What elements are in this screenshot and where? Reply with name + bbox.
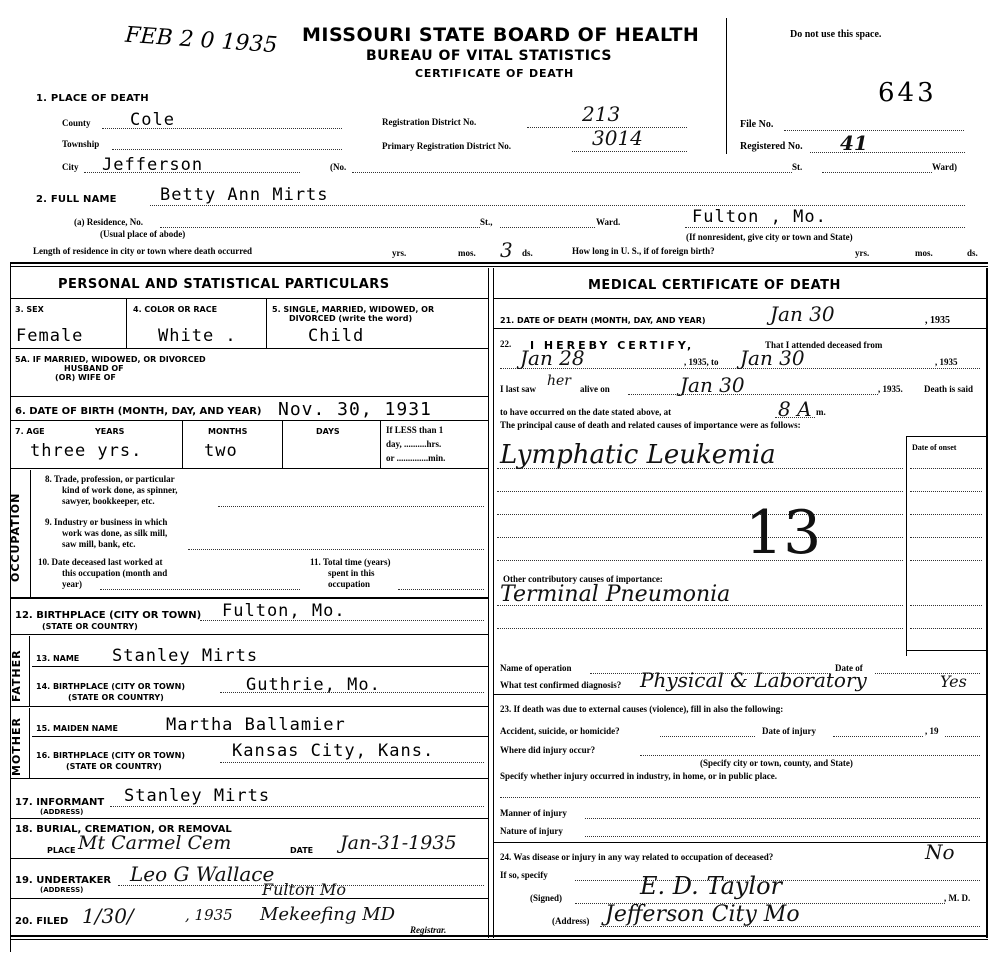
registered-no-field[interactable]: Registered No. 41 [740, 141, 965, 152]
form-subtitle: BUREAU OF VITAL STATISTICS [366, 48, 612, 64]
registrar-label: Registrar. [410, 925, 446, 935]
row-line [10, 298, 488, 299]
st-label: St. [792, 162, 802, 172]
manner-field[interactable] [585, 818, 980, 819]
age-days-field[interactable] [290, 440, 374, 464]
father-bracket [29, 636, 30, 706]
undertaker-value: Leo G Wallace [130, 862, 274, 886]
informant-label: 17. INFORMANT [15, 797, 104, 808]
birthplace-sub-label: (STATE OR COUNTRY) [42, 622, 138, 631]
residence-yrs-label: yrs. [392, 248, 406, 258]
nature-field[interactable] [585, 836, 980, 837]
minutes-field[interactable]: or ..............min. [386, 453, 445, 463]
length-of-residence-label: Length of residence in city or town wher… [33, 246, 252, 256]
specify-place-label: Specify whether injury occurred in indus… [500, 771, 777, 781]
right-border [986, 268, 988, 938]
residence-ward-field[interactable] [500, 227, 595, 228]
mother-name-value[interactable]: Martha Ballamier [166, 715, 346, 735]
occ8-label-3: sawyer, bookkeeper, etc. [62, 496, 155, 506]
father-vertical-label: FATHER [10, 649, 23, 702]
section-divider-top [10, 262, 988, 264]
death-year-value: , 1935 [925, 315, 950, 326]
principal-cause-value: Lymphatic Leukemia [500, 440, 776, 470]
cell-divider [380, 420, 381, 468]
county-value: Cole [130, 110, 175, 130]
full-name-field[interactable] [150, 205, 965, 206]
last-saw-date-field[interactable] [628, 394, 878, 395]
occupation-vertical-label: OCCUPATION [9, 493, 22, 582]
onset-line[interactable] [910, 560, 982, 561]
onset-line[interactable] [910, 628, 982, 629]
file-no-field[interactable]: File No. [740, 119, 965, 130]
cause-line-4[interactable] [497, 537, 903, 538]
informant-value: Stanley Mirts [124, 786, 270, 806]
burial-date-label: DATE [290, 846, 313, 855]
reg-district-label: Registration District No. [382, 117, 476, 127]
occ11-label-3: occupation [328, 579, 370, 589]
last-saw-label: I last saw [500, 384, 536, 394]
ward-field[interactable] [822, 172, 932, 173]
last-saw-year: , 1935. [878, 384, 903, 394]
onset-line[interactable] [910, 514, 982, 515]
occ8-label-2: kind of work done, as spinner, [62, 485, 177, 495]
filed-date-value[interactable]: 1/30/ [82, 904, 134, 928]
specify-place-field[interactable] [500, 797, 980, 798]
injury-year-field[interactable] [945, 736, 980, 737]
undertaker-address: Fulton Mo [262, 880, 346, 899]
row-line [10, 818, 488, 819]
full-name-label: 2. FULL NAME [36, 194, 117, 205]
township-field[interactable]: Township [62, 135, 342, 153]
death-date-value[interactable]: Jan 30 [770, 302, 835, 326]
years-label: YEARS [95, 427, 124, 436]
onset-label: Date of onset [912, 443, 956, 452]
death-date-label: 21. DATE OF DEATH (MONTH, DAY, AND YEAR) [500, 316, 706, 325]
injury-date-field[interactable] [833, 736, 923, 737]
foreign-birth-label: How long in U. S., if of foreign birth? [572, 246, 715, 256]
mother-birthplace-sub: (STATE OR COUNTRY) [66, 762, 162, 771]
occ9-label-3: saw mill, bank, etc. [62, 539, 136, 549]
contributory-line-2[interactable] [497, 628, 903, 629]
nature-label: Nature of injury [500, 826, 563, 836]
total-time-field[interactable] [398, 589, 484, 590]
undertaker-label: 19. UNDERTAKER [15, 875, 111, 886]
dob-label: 6. DATE OF BIRTH (MONTH, DAY, AND YEAR) [15, 406, 262, 417]
onset-line[interactable] [910, 605, 982, 606]
industry-field[interactable] [188, 549, 484, 550]
occ8-label: 8. Trade, profession, or particular [45, 474, 175, 484]
principal-cause-label: The principal cause of death and related… [500, 420, 801, 430]
address-label: (Address) [552, 916, 589, 926]
attended-to-value: Jan 30 [740, 346, 805, 370]
birthplace-label: 12. BIRTHPLACE (CITY OR TOWN) [15, 610, 201, 621]
time-of-death-label: to have occurred on the date stated abov… [500, 407, 671, 417]
test-label: What test confirmed diagnosis? [500, 680, 621, 690]
spouse-label-3: (OR) WIFE OF [55, 373, 116, 382]
cause-line-5[interactable] [497, 560, 903, 561]
row-line [32, 666, 488, 667]
bottom-border-2 [10, 939, 988, 940]
mother-birthplace-label: 16. BIRTHPLACE (CITY OR TOWN) [36, 751, 185, 760]
row-line [10, 597, 488, 599]
cell-divider [182, 420, 183, 468]
where-label: Where did injury occur? [500, 745, 595, 755]
test-extra-value: Yes [940, 672, 967, 691]
attended-from-value: Jan 28 [520, 346, 585, 370]
row-line [10, 396, 488, 397]
column-divider-b [493, 268, 494, 938]
cause-code-mark: 13 [745, 498, 821, 568]
office-use-note: Do not use this space. [790, 29, 881, 40]
city-label: City [62, 162, 79, 172]
row-line [493, 328, 986, 329]
county-label: County [62, 118, 91, 128]
mother-bracket [29, 708, 30, 778]
injury-date-label: Date of injury [762, 726, 816, 736]
township-label: Township [62, 139, 99, 149]
cause-line-2[interactable] [497, 491, 903, 492]
us-mos-label: mos. [915, 248, 933, 258]
bottom-border [10, 935, 988, 937]
row-line [10, 706, 488, 707]
ward-label: Ward) [932, 162, 957, 172]
certify-num: 22. [500, 339, 511, 349]
filed-label: 20. FILED [15, 916, 68, 927]
row-line [10, 420, 488, 421]
occ9-label-2: work was done, as silk mill, [62, 528, 167, 538]
attended-from-year: , 1935, to [684, 357, 719, 367]
residence-sub-label: (Usual place of abode) [100, 229, 185, 239]
age-months-value[interactable]: two [204, 441, 238, 461]
row-line [10, 858, 488, 859]
occ9-label: 9. Industry or business in which [45, 517, 167, 527]
onset-column-divider [906, 436, 907, 656]
occupation-bracket [30, 470, 31, 598]
cell-divider [126, 298, 127, 348]
occ10-label-3: year) [62, 579, 82, 589]
place-of-death-label: 1. PLACE OF DEATH [36, 93, 149, 104]
dob-value[interactable]: Nov. 30, 1931 [278, 399, 432, 420]
trade-field[interactable] [218, 506, 484, 507]
months-label: MONTHS [208, 427, 247, 436]
residence-ward-label: Ward. [596, 217, 620, 227]
city-value: Jefferson [102, 155, 203, 175]
row-line [10, 468, 488, 469]
informant-sub-label: (ADDRESS) [40, 808, 83, 816]
row-line [493, 842, 986, 843]
form-title: MISSOURI STATE BOARD OF HEALTH [302, 24, 699, 46]
test-value[interactable]: Physical & Laboratory [640, 668, 867, 692]
where-field[interactable] [640, 755, 980, 756]
us-ds-label: ds. [967, 248, 978, 258]
residence-st-label: St., [480, 217, 493, 227]
street-no-label: (No. [330, 162, 346, 172]
reg-district-value: 213 [582, 102, 620, 126]
onset-bottom-line [906, 650, 986, 651]
signed-label: (Signed) [530, 893, 562, 903]
left-border [10, 262, 11, 952]
mother-vertical-label: MOTHER [10, 717, 23, 776]
registered-no-label: Registered No. [740, 141, 803, 152]
father-birthplace-sub: (STATE OR COUNTRY) [68, 693, 164, 702]
primary-reg-district-value: 3014 [592, 126, 643, 150]
spouse-label-2: HUSBAND OF [64, 364, 124, 373]
physician-address-value: Jefferson City Mo [605, 902, 800, 927]
manner-label: Manner of injury [500, 808, 567, 818]
cell-divider [266, 298, 267, 348]
marital-value[interactable]: Child [308, 326, 364, 346]
undertaker-sub-label: (ADDRESS) [40, 886, 83, 894]
cell-divider [282, 420, 283, 468]
occupation-related-value[interactable]: No [925, 840, 955, 864]
registered-no-value: 41 [840, 131, 868, 155]
onset-line[interactable] [910, 491, 982, 492]
row-line [493, 298, 986, 299]
mother-birthplace-field[interactable] [220, 762, 484, 763]
age-label: 7. AGE [15, 427, 45, 436]
residence-city-value: Fulton , Mo. [692, 207, 827, 227]
marital-label-2: DIVORCED (write the word) [289, 314, 412, 323]
physician-signature: E. D. Taylor [640, 872, 782, 900]
onset-line[interactable] [910, 537, 982, 538]
residence-label: (a) Residence, No. [74, 217, 143, 227]
injury-year-label: , 19 [925, 726, 939, 736]
less-than-day-label: If LESS than 1 [386, 425, 443, 435]
contributory-cause-value: Terminal Pneumonia [500, 582, 730, 607]
attended-to-year: , 1935 [935, 357, 958, 367]
age-years-value[interactable]: three yrs. [30, 441, 142, 461]
occ10-label: 10. Date deceased last worked at [38, 557, 162, 567]
mother-birthplace-value: Kansas City, Kans. [232, 741, 434, 761]
filed-year-value: , 1935 [185, 906, 233, 924]
if-so-label: If so, specify [500, 870, 548, 880]
us-yrs-label: yrs. [855, 248, 869, 258]
race-value[interactable]: White . [158, 326, 237, 346]
city-field[interactable]: City Jefferson [62, 155, 302, 177]
occ11-label-2: spent in this [328, 568, 375, 578]
burial-place-value[interactable]: Mt Carmel Cem [78, 832, 231, 854]
accident-label: Accident, suicide, or homicide? [500, 726, 620, 736]
row-line [32, 736, 488, 737]
file-number-stamp: 643 [878, 78, 937, 108]
medical-section-title: MEDICAL CERTIFICATE OF DEATH [588, 278, 841, 293]
birthplace-value: Fulton, Mo. [222, 601, 346, 621]
md-label: , M. D. [944, 893, 970, 903]
row-line [10, 898, 488, 899]
column-divider-a [488, 268, 489, 938]
father-name-value[interactable]: Stanley Mirts [112, 646, 258, 666]
occ10-label-2: this occupation (month and [62, 568, 167, 578]
county-field[interactable]: County Cole [62, 112, 342, 132]
nonresident-note: (If nonresident, give city or town and S… [686, 232, 853, 242]
death-said-label: Death is said [924, 384, 973, 394]
full-name-value: Betty Ann Mirts [160, 185, 329, 205]
spouse-field[interactable] [140, 360, 480, 390]
burial-place-label: PLACE [47, 846, 76, 855]
onset-header-line [906, 436, 986, 437]
primary-reg-district-label: Primary Registration District No. [382, 141, 511, 151]
burial-date-value[interactable]: Jan-31-1935 [340, 832, 457, 854]
last-saw-date-value: Jan 30 [680, 373, 745, 397]
operation-label: Name of operation [500, 663, 572, 673]
father-birthplace-value: Guthrie, Mo. [246, 675, 381, 695]
primary-reg-district-field[interactable]: Primary Registration District No. 3014 [382, 132, 687, 154]
row-line [10, 348, 488, 349]
residence-field[interactable] [160, 227, 480, 228]
residence-mos-label: mos. [458, 248, 476, 258]
personal-section-title: PERSONAL AND STATISTICAL PARTICULARS [58, 277, 390, 292]
where-sub-label: (Specify city or town, county, and State… [700, 758, 853, 768]
last-saw-pronoun[interactable]: her [547, 373, 571, 389]
onset-line[interactable] [910, 468, 982, 469]
father-birthplace-label: 14. BIRTHPLACE (CITY OR TOWN) [36, 682, 185, 691]
row-line [10, 634, 488, 635]
time-of-death-value: 8 A [778, 397, 812, 421]
accident-field[interactable] [660, 736, 755, 737]
days-label: DAYS [316, 427, 340, 436]
file-no-label: File No. [740, 119, 773, 130]
form-name: CERTIFICATE OF DEATH [415, 67, 574, 80]
cause-line-3[interactable] [497, 514, 903, 515]
race-label: 4. COLOR OR RACE [133, 305, 217, 314]
external-causes-label: 23. If death was due to external causes … [500, 704, 783, 714]
mother-name-label: 15. MAIDEN NAME [36, 724, 118, 733]
row-line [10, 778, 488, 779]
time-suffix: m. [816, 407, 826, 417]
row-line [493, 694, 986, 695]
residence-days-value: 3 [500, 238, 513, 262]
office-box-divider [726, 18, 727, 154]
last-worked-field[interactable] [100, 589, 300, 590]
received-date-stamp: FEB 2 0 1935 [124, 23, 278, 59]
father-name-label: 13. NAME [36, 654, 79, 663]
alive-on-label: alive on [580, 384, 610, 394]
residence-ds-label: ds. [522, 248, 533, 258]
occupation-related-label: 24. Was disease or injury in any way rel… [500, 852, 773, 862]
residence-city-field[interactable] [685, 227, 965, 228]
marital-label: 5. SINGLE, MARRIED, WIDOWED, OR [272, 305, 434, 314]
occ11-label: 11. Total time (years) [310, 557, 391, 567]
hours-field[interactable]: day, ..........hrs. [386, 439, 441, 449]
registrar-signature: Mekeefing MD [260, 904, 395, 925]
sex-value[interactable]: Female [16, 326, 83, 346]
section-divider-top-2 [10, 266, 988, 267]
sex-label: 3. SEX [15, 305, 44, 314]
street-field[interactable] [352, 172, 792, 173]
informant-field[interactable] [110, 806, 484, 807]
